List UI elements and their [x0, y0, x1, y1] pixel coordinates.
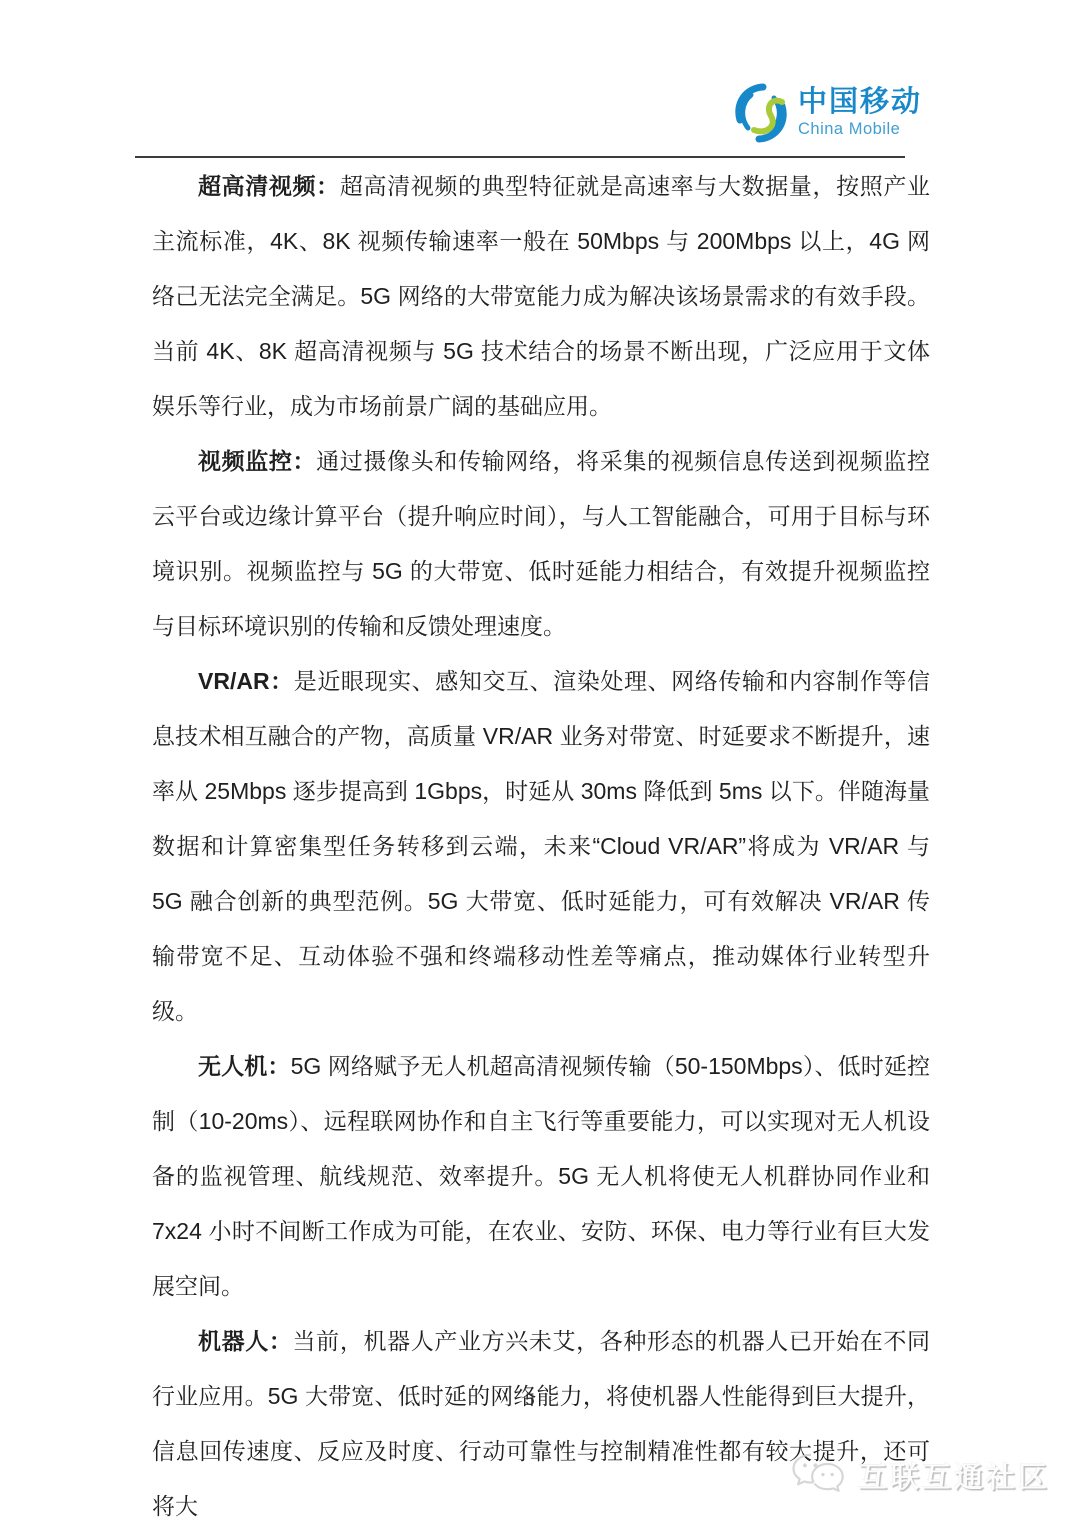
paragraph-video-surveillance: 视频监控：通过摄像头和传输网络，将采集的视频信息传送到视频监控云平台或边缘计算平… — [152, 434, 930, 654]
header-rule — [135, 156, 905, 158]
paragraph-uhd-video: 超高清视频：超高清视频的典型特征就是高速率与大数据量，按照产业主流标准，4K、8… — [152, 159, 930, 434]
china-mobile-logo-text: 中国移动 China Mobile — [798, 88, 922, 138]
paragraph-term: VR/AR： — [198, 668, 294, 694]
paragraph-term: 机器人： — [198, 1328, 293, 1354]
document-body: 超高清视频：超高清视频的典型特征就是高速率与大数据量，按照产业主流标准，4K、8… — [152, 159, 930, 1526]
china-mobile-logo: 中国移动 China Mobile — [733, 82, 922, 144]
page-number: 5 — [0, 1390, 1060, 1410]
paragraph-text: 通过摄像头和传输网络，将采集的视频信息传送到视频监控云平台或边缘计算平台（提升响… — [152, 448, 930, 639]
paragraph-text: 是近眼现实、感知交互、渲染处理、网络传输和内容制作等信息技术相互融合的产物，高质… — [152, 668, 930, 1024]
paragraph-vr-ar: VR/AR：是近眼现实、感知交互、渲染处理、网络传输和内容制作等信息技术相互融合… — [152, 654, 930, 1039]
paragraph-text: 5G 网络赋予无人机超高清视频传输（50-150Mbps）、低时延控制（10-2… — [152, 1053, 930, 1299]
logo-chinese-name: 中国移动 — [798, 88, 922, 117]
paragraph-text: 超高清视频的典型特征就是高速率与大数据量，按照产业主流标准，4K、8K 视频传输… — [152, 173, 930, 419]
watermark-text: 互联互通社区 — [858, 1455, 1050, 1496]
wechat-icon — [790, 1452, 848, 1498]
logo-english-name: China Mobile — [798, 121, 922, 138]
document-page: 中国移动 China Mobile 超高清视频：超高清视频的典型特征就是高速率与… — [0, 0, 1080, 1526]
paragraph-drone: 无人机：5G 网络赋予无人机超高清视频传输（50-150Mbps）、低时延控制（… — [152, 1039, 930, 1314]
paragraph-term: 无人机： — [198, 1053, 291, 1079]
paragraph-term: 超高清视频： — [198, 173, 340, 199]
watermark: 互联互通社区 — [790, 1452, 1050, 1498]
paragraph-term: 视频监控： — [198, 448, 316, 474]
china-mobile-logo-icon — [733, 82, 789, 144]
